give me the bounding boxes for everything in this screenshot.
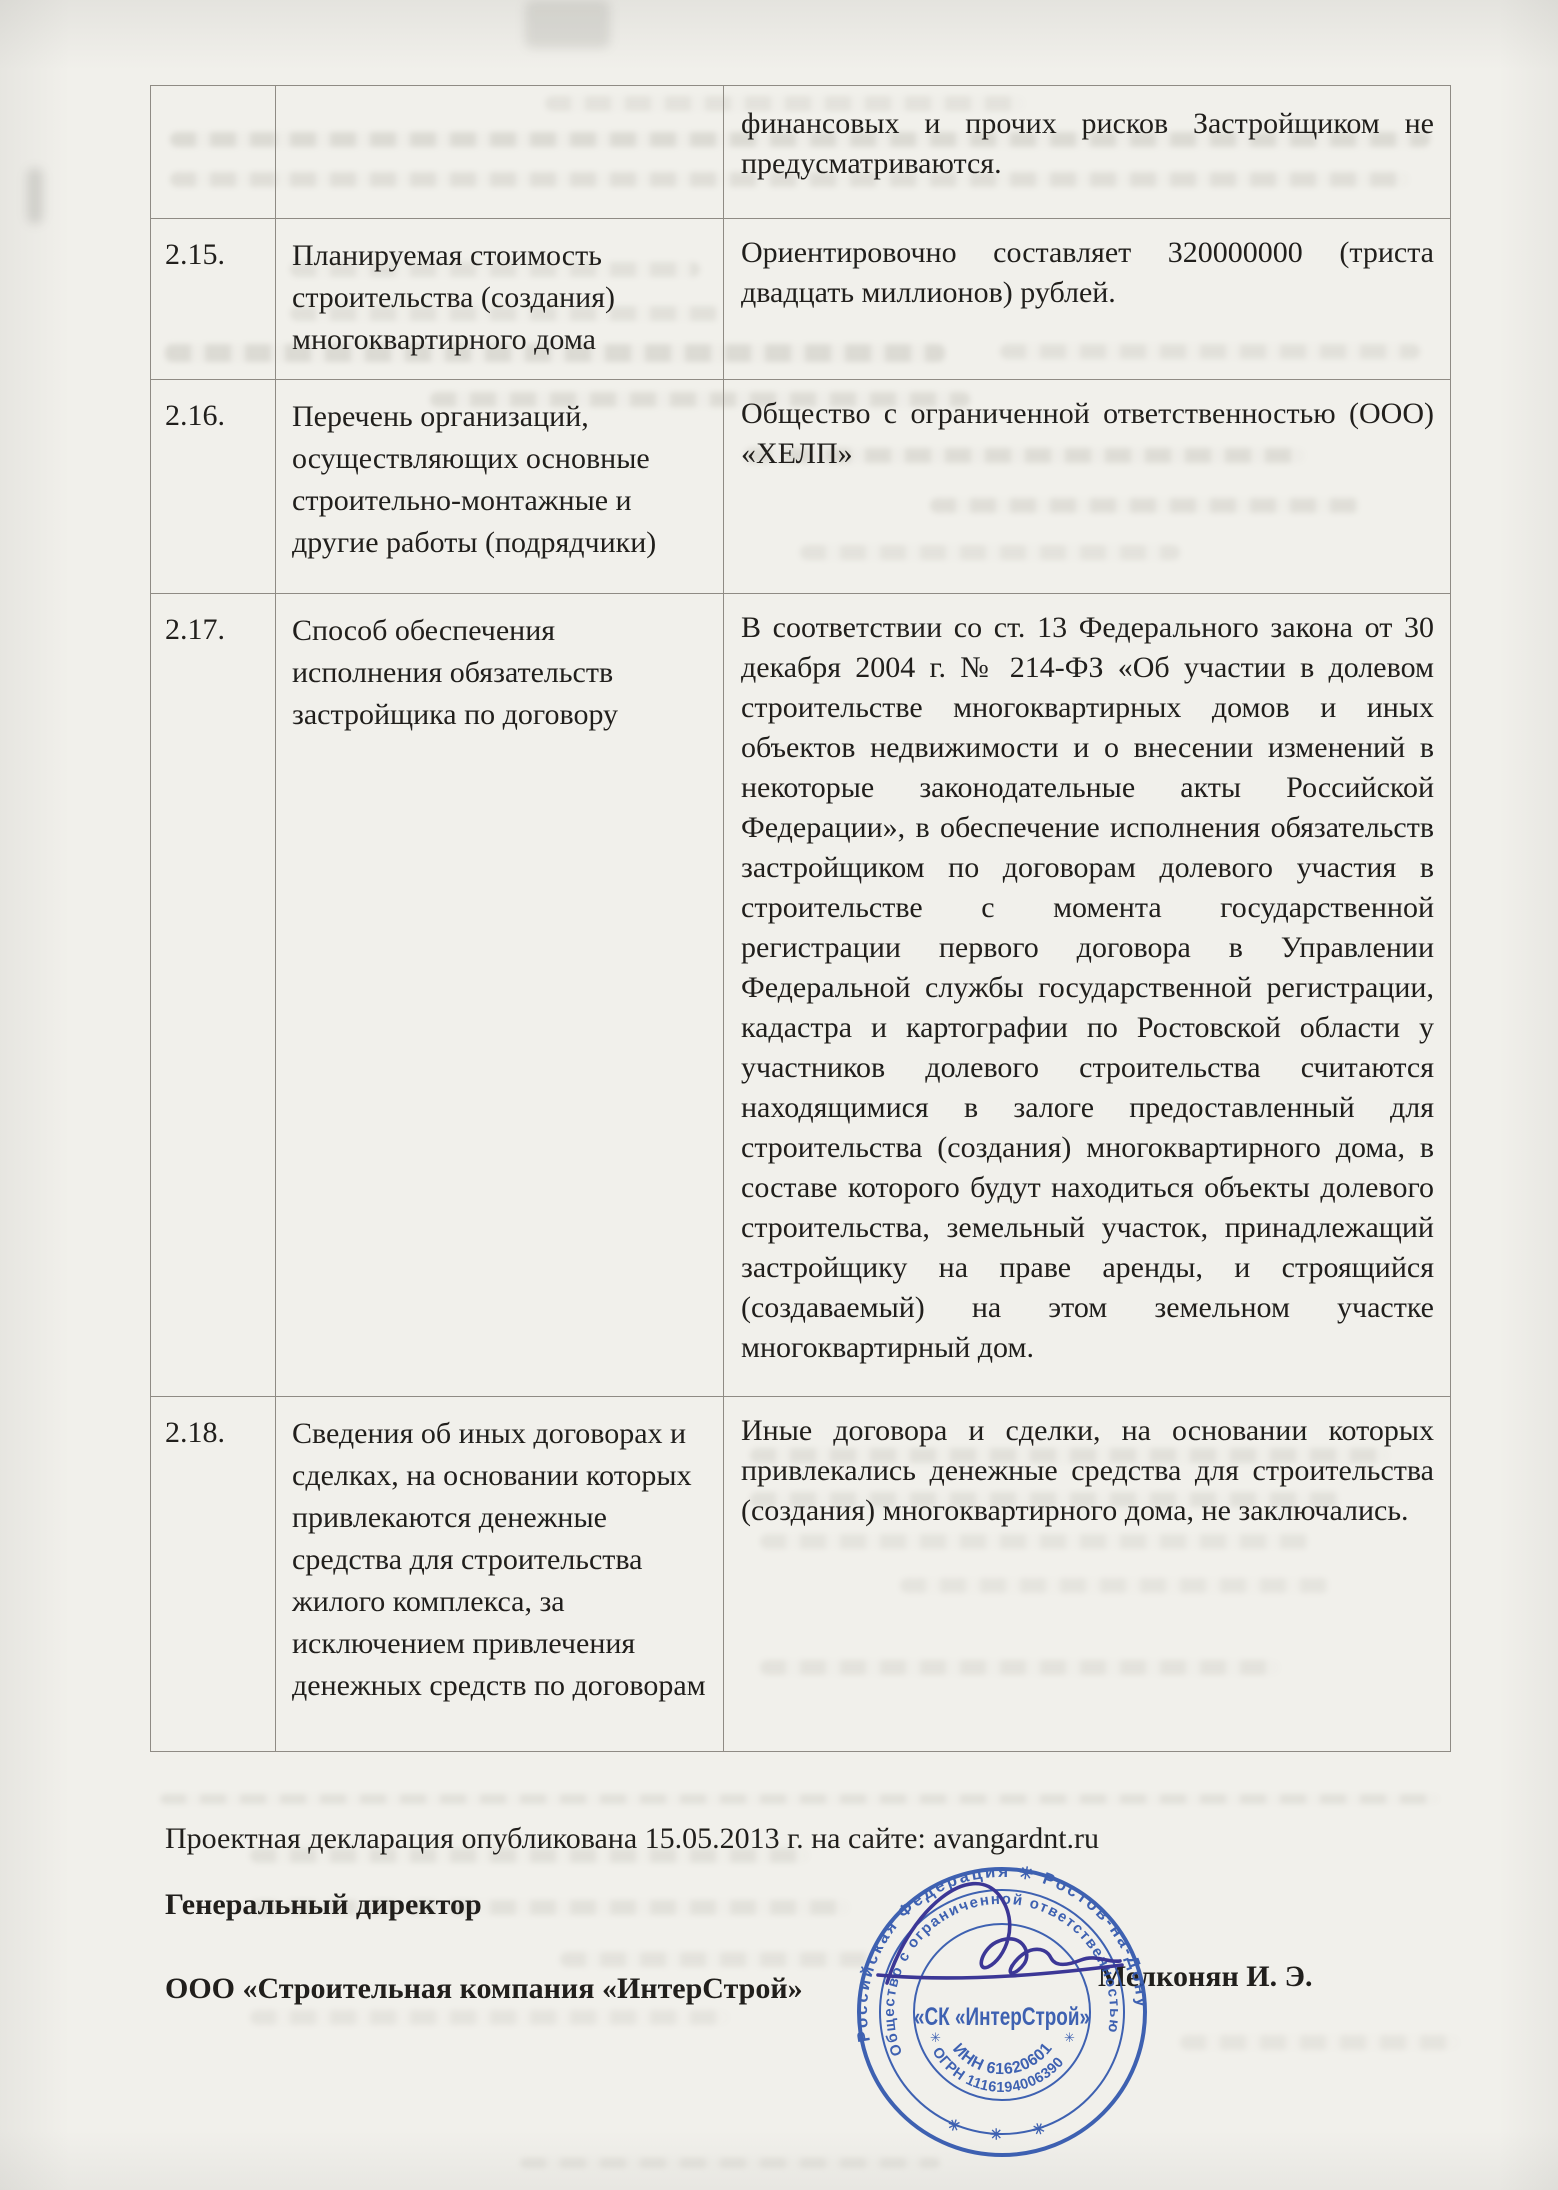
table-row: 2.17. Способ обеспечения исполнения обяз… (151, 593, 1450, 1396)
scan-shadow-top (0, 0, 1558, 70)
bleed-through-line (560, 1952, 880, 1967)
table-row: 2.16. Перечень организаций, осуществляющ… (151, 379, 1450, 593)
row-number: 2.17. (151, 594, 276, 1396)
row-label (276, 86, 724, 218)
scan-shadow-left (0, 0, 70, 2190)
scan-shadow-right (1498, 0, 1558, 2190)
row-label: Планируемая стоимость строительства (соз… (276, 219, 724, 379)
row-number (151, 86, 276, 218)
seal-bottom-stars: ✳ ✳ ✳ (945, 2115, 1061, 2144)
declaration-table: финансовых и прочих рисков Застройщиком … (150, 85, 1451, 1752)
company-line: ООО «Строительная компания «ИнтерСтрой» (165, 1972, 803, 2006)
row-label: Сведения об иных договорах и сделках, на… (276, 1397, 724, 1751)
row-value: финансовых и прочих рисков Застройщиком … (724, 86, 1452, 218)
row-value: Ориентировочно составляет 320000000 (три… (724, 219, 1452, 379)
row-label: Способ обеспечения исполнения обязательс… (276, 594, 724, 1396)
table-row: финансовых и прочих рисков Застройщиком … (151, 86, 1450, 218)
row-label: Перечень организаций, осуществляющих осн… (276, 380, 724, 593)
row-number: 2.15. (151, 219, 276, 379)
row-value: В соответствии со ст. 13 Федерального за… (724, 594, 1452, 1396)
scan-blemish (525, 0, 610, 48)
director-title: Генеральный директор (165, 1888, 482, 1922)
table-row: 2.18. Сведения об иных договорах и сделк… (151, 1396, 1450, 1751)
table-row: 2.15. Планируемая стоимость строительств… (151, 218, 1450, 379)
bleed-through-line (160, 1794, 1440, 1804)
scan-shadow-bottom (0, 2130, 1558, 2190)
bleed-through-line (250, 2010, 730, 2025)
row-number: 2.18. (151, 1397, 276, 1751)
row-value: Общество с ограниченной ответственностью… (724, 380, 1452, 593)
scan-blemish (27, 168, 43, 224)
row-number: 2.16. (151, 380, 276, 593)
bleed-through-line (1180, 2035, 1460, 2050)
signature-ink (845, 1845, 1175, 2085)
scanned-project-declaration-page: финансовых и прочих рисков Застройщиком … (0, 0, 1558, 2190)
row-value: Иные договора и сделки, на основании кот… (724, 1397, 1452, 1751)
svg-text:✳ ✳ ✳: ✳ ✳ ✳ (945, 2115, 1061, 2144)
